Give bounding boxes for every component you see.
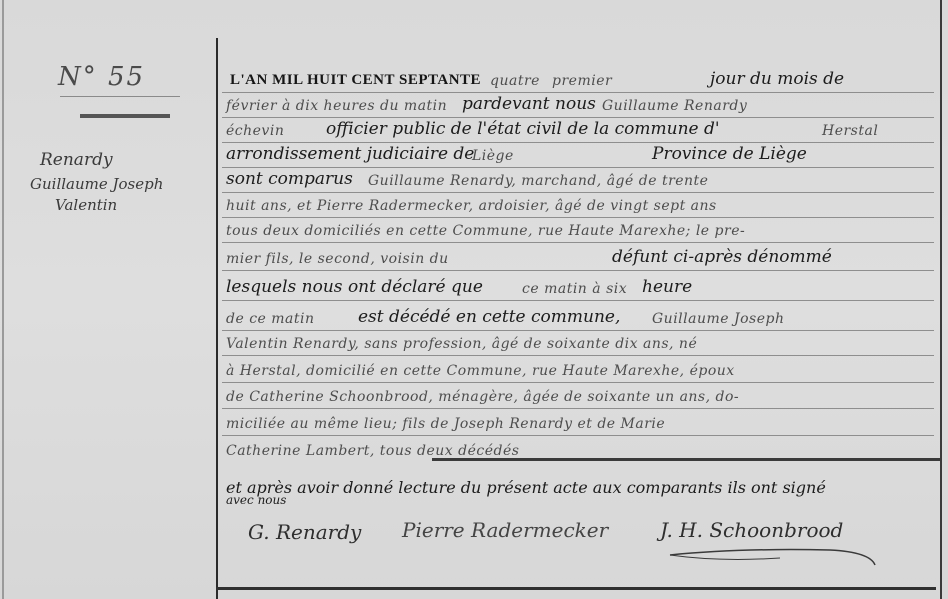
printed-text: Province de Liège <box>652 144 807 164</box>
page-left-edge <box>2 0 4 599</box>
printed-text: défunt ci-après dénommé <box>612 247 832 267</box>
record-line-8: mier fils, le second, voisin du défunt c… <box>222 240 934 271</box>
entry-divider <box>80 114 170 118</box>
record-line-7: tous deux domiciliés en cette Commune, r… <box>222 212 934 243</box>
margin-rule <box>216 38 218 599</box>
entry-number: N° 55 <box>58 62 145 92</box>
signature-1: G. Renardy <box>248 520 361 544</box>
hand-text: à Herstal, domicilié en cette Commune, r… <box>226 363 735 379</box>
bottom-rule <box>216 587 936 590</box>
printed-text: jour du mois de <box>710 69 844 89</box>
hand-text: ce matin à six <box>522 281 627 297</box>
record-line-9: lesquels nous ont déclaré que ce matin à… <box>222 270 934 301</box>
hand-text: de Catherine Schoonbrood, ménagère, âgée… <box>226 389 739 405</box>
signature-3: J. H. Schoonbrood <box>660 518 843 542</box>
printed-text: sont comparus <box>226 169 353 189</box>
margin-given-names-2: Valentin <box>55 196 235 214</box>
hand-text: miciliée au même lieu; fils de Joseph Re… <box>226 416 665 432</box>
entry-number-underline <box>60 96 180 97</box>
signature-2: Pierre Radermecker <box>402 518 608 542</box>
document-page: N° 55 Renardy Guillaume Joseph Valentin … <box>0 0 948 599</box>
hand-text: Valentin Renardy, sans profession, âgé d… <box>226 336 697 352</box>
printed-text: heure <box>642 277 692 297</box>
printed-text: lesquels nous ont déclaré que <box>226 277 483 297</box>
printed-text: officier public de l'état civil de la co… <box>326 119 720 139</box>
page-right-edge <box>940 0 942 599</box>
printed-text: avec nous <box>226 493 286 507</box>
printed-text: arrondissement judiciaire de <box>226 144 474 164</box>
record-line-17: avec nous <box>222 490 934 510</box>
hand-text: tous deux domiciliés en cette Commune, r… <box>226 223 745 239</box>
closing-rule <box>432 458 942 461</box>
printed-text: est décédé en cette commune, <box>358 307 620 327</box>
hand-text: Catherine Lambert, tous deux décédés <box>226 443 519 459</box>
hand-text: mier fils, le second, voisin du <box>226 251 449 267</box>
signature-flourish <box>660 540 880 570</box>
margin-surname: Renardy <box>40 150 220 170</box>
printed-text: pardevant nous <box>462 94 596 114</box>
margin-given-names: Guillaume Joseph <box>30 175 210 193</box>
